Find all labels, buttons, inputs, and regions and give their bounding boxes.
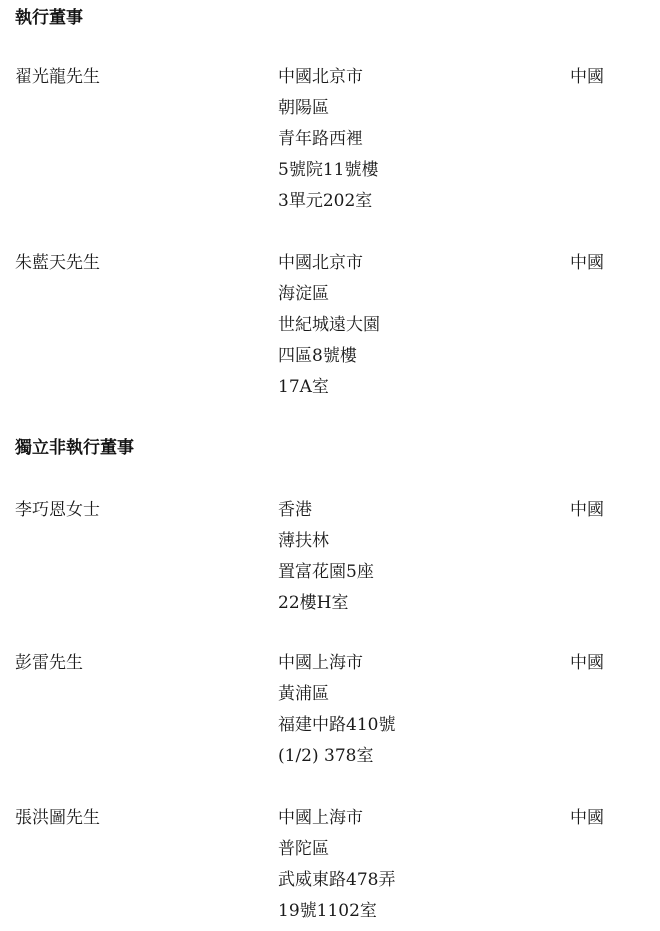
- director-nationality: 中國: [570, 652, 604, 674]
- address-line: 中國北京市: [278, 66, 378, 97]
- address-line: 青年路西裡: [278, 128, 378, 159]
- director-name: 彭雷先生: [15, 652, 83, 674]
- address-line: 中國上海市: [278, 807, 395, 838]
- section-heading-executive-directors: 執行董事: [15, 7, 83, 29]
- director-address: 中國上海市 黃浦區 福建中路410號 (1/2) 378室: [278, 652, 395, 776]
- director-nationality: 中國: [570, 499, 604, 521]
- director-name: 翟光龍先生: [15, 66, 100, 88]
- director-address: 中國北京市 海淀區 世紀城遠大園 四區8號樓 17A室: [278, 252, 380, 407]
- director-nationality: 中國: [570, 66, 604, 88]
- director-address: 中國上海市 普陀區 武威東路478弄 19號1102室: [278, 807, 395, 931]
- address-line: (1/2) 378室: [278, 745, 395, 776]
- director-name: 朱藍天先生: [15, 252, 100, 274]
- address-line: 武威東路478弄: [278, 869, 395, 900]
- address-line: 薄扶林: [278, 530, 374, 561]
- director-address: 中國北京市 朝陽區 青年路西裡 5號院11號樓 3單元202室: [278, 66, 378, 221]
- director-nationality: 中國: [570, 252, 604, 274]
- address-line: 22樓H室: [278, 592, 374, 623]
- address-line: 朝陽區: [278, 97, 378, 128]
- director-name: 張洪圖先生: [15, 807, 100, 829]
- director-name: 李巧恩女士: [15, 499, 100, 521]
- address-line: 香港: [278, 499, 374, 530]
- address-line: 福建中路410號: [278, 714, 395, 745]
- address-line: 世紀城遠大園: [278, 314, 380, 345]
- address-line: 17A室: [278, 376, 380, 407]
- address-line: 置富花園5座: [278, 561, 374, 592]
- director-address: 香港 薄扶林 置富花園5座 22樓H室: [278, 499, 374, 623]
- address-line: 19號1102室: [278, 900, 395, 931]
- director-nationality: 中國: [570, 807, 604, 829]
- address-line: 四區8號樓: [278, 345, 380, 376]
- address-line: 普陀區: [278, 838, 395, 869]
- address-line: 3單元202室: [278, 190, 378, 221]
- address-line: 海淀區: [278, 283, 380, 314]
- address-line: 中國北京市: [278, 252, 380, 283]
- address-line: 中國上海市: [278, 652, 395, 683]
- address-line: 黃浦區: [278, 683, 395, 714]
- address-line: 5號院11號樓: [278, 159, 378, 190]
- section-heading-independent-directors: 獨立非執行董事: [15, 437, 134, 459]
